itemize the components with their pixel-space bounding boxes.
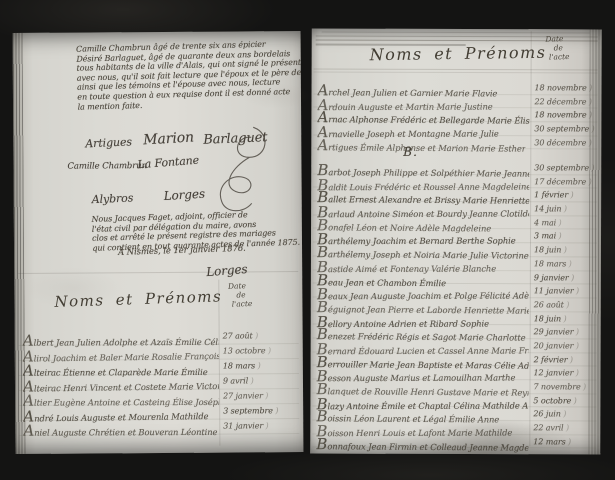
header-rule: [314, 72, 598, 74]
marriage-date: 14 juin: [534, 204, 567, 213]
marriage-date: 9 avril: [223, 376, 254, 385]
divider-line: [18, 271, 298, 274]
index-rows-a: Archel Jean Julien et Garnier Marie Flav…: [317, 81, 595, 150]
marriage-date: 18 novembre: [535, 83, 593, 92]
spouses-names: Artigues Émile Alphonse et Marion Marie …: [317, 136, 525, 155]
marriage-date: 12 mars: [533, 437, 571, 446]
signature-chambrun: Camille Chambrun: [67, 161, 147, 172]
date-column-header: Date de l'acte: [228, 281, 253, 309]
register-row: Ardouin Auguste et Martin Marie Justine …: [317, 94, 595, 109]
register-row: Barlaud Antoine Siméon et Bourdy Jeanne …: [317, 202, 595, 217]
register-row: Baldit Louis Frédéric et Roussel Anne Ma…: [317, 174, 595, 189]
marriage-date: 17 décembre: [534, 177, 591, 186]
marriage-date: 4 mai: [534, 218, 562, 227]
marriage-date: 27 août: [223, 331, 259, 340]
signature-artigues: Artigues: [85, 135, 132, 150]
marriage-date: 2 février: [534, 355, 573, 364]
register-row: Bonafel Léon et Noire Adèle Magdeleine 4…: [317, 215, 595, 230]
signature-lafontane: La Fontane: [137, 154, 199, 172]
register-row: Béguignot Jean Pierre et Laborde Henriet…: [317, 297, 595, 312]
marriage-date: 26 août: [534, 300, 569, 309]
register-row: Ballet Ernest Alexandre et Brissy Marie …: [317, 188, 595, 203]
register-row: Bonnafoux Jean Firmin et Colleaud Jeanne…: [316, 434, 594, 449]
marriage-date: 18 juin: [534, 245, 567, 254]
date-header-line: l'acte: [549, 52, 570, 62]
signature-alybros: Alybros: [91, 191, 133, 206]
marriage-date: 31 janvier: [223, 421, 268, 430]
marriage-date: 30 septembre: [534, 163, 594, 172]
marriage-date: 30 septembre: [534, 124, 594, 133]
marriage-date: 11 janvier: [534, 286, 579, 295]
register-row: Blanquet de Rouville Henri Gustave Marie…: [316, 380, 594, 395]
register-row: Bernard Édouard Lucien et Cassel Anne Ma…: [317, 338, 595, 353]
signature-marion: Marion: [143, 129, 195, 148]
register-row: Benezet Frédéric Régis et Sagot Marie Ch…: [317, 325, 595, 340]
register-row: Aniel Auguste Chrétien et Bouveran Léont…: [23, 419, 297, 436]
marriage-date: 26 juin: [533, 410, 566, 419]
index-title: Noms et Prénoms: [370, 43, 547, 64]
date-column-header: Date de l'acte: [545, 34, 569, 62]
index-rows-a-left: Albert Jean Julien Adolphe et Azaïs Émil…: [23, 329, 298, 436]
register-row: Boisson Henri Louis et Lafont Marie Math…: [316, 421, 594, 436]
ruled-line: [322, 32, 590, 34]
marriage-date: 20 janvier: [534, 341, 579, 350]
signature-flourish: [191, 123, 276, 220]
section-label-b: B.: [403, 145, 418, 159]
marriage-date: 5 octobre: [533, 396, 576, 405]
marriage-date: 27 janvier: [223, 391, 268, 400]
index-title: Noms et Prénoms: [54, 287, 222, 311]
marriage-date: 7 novembre: [533, 382, 586, 391]
register-row: Barthélemy Joseph et Noiria Marie Julie …: [317, 243, 595, 258]
register-row: Artigues Émile Alphonse et Marion Marie …: [317, 135, 595, 150]
register-row: Bastide Aimé et Fontenay Valérie Blanche…: [317, 256, 595, 271]
register-row: Bellory Antoine Adrien et Ribard Sophie …: [317, 311, 595, 326]
marriage-date: 29 janvier: [534, 328, 579, 337]
marriage-date: 13 octobre: [223, 346, 271, 355]
spouses-names: Aniel Auguste Chrétien et Bouveran Léont…: [23, 421, 219, 440]
marriage-date: 3 septembre: [223, 406, 278, 415]
marriage-date: 12 janvier: [534, 369, 579, 378]
register-row: Blazy Antoine Émile et Chaptal Célina Ma…: [316, 393, 594, 408]
right-page: Noms et Prénoms Date de l'acte Archel Je…: [310, 28, 601, 454]
marriage-date: 18 novembre: [534, 111, 592, 120]
register-row: Besson Auguste Marius et Lamouilhan Mart…: [317, 366, 595, 381]
index-rows-b: Barbot Joseph Philippe et Solpéthier Mar…: [316, 161, 595, 449]
marriage-date: 30 décembre: [534, 138, 591, 147]
register-row: Berrouiller Marie Jean Baptiste et Maras…: [317, 352, 595, 367]
register-row: Arnac Alphonse Frédéric et Bellegarde Ma…: [317, 108, 595, 123]
marriage-date: 22 avril: [533, 423, 569, 432]
marriage-date: 18 mars: [534, 259, 572, 268]
register-row: Beau Jean et Chambon Émilie 9 janvier: [317, 270, 595, 285]
left-page: Camille Chambrun âgé de trente six ans é…: [13, 31, 304, 454]
spouses-names: Bonnafoux Jean Firmin et Colleaud Jeanne…: [316, 435, 528, 454]
marriage-date: 22 décembre: [534, 97, 591, 106]
marriage-date: 18 juin: [534, 314, 567, 323]
marriage-date: 1 février: [534, 191, 573, 200]
register-row: Barthélemy Joachim et Bernard Berthe Sop…: [317, 229, 595, 244]
register-row: Barbot Joseph Philippe et Solpéthier Mar…: [317, 161, 595, 176]
register-scan: Camille Chambrun âgé de trente six ans é…: [0, 0, 615, 480]
register-row: Beaux Jean Auguste Joachim et Polge Féli…: [317, 284, 595, 299]
register-row: Arnavielle Joseph et Montagne Marie Juli…: [317, 122, 595, 137]
header-rule: [314, 69, 598, 71]
date-header-line: l'acte: [232, 299, 253, 309]
marriage-date: 18 mars: [223, 361, 261, 370]
closing-statement: Camille Chambrun âgé de trente six ans é…: [76, 39, 300, 112]
marriage-date: 9 janvier: [534, 273, 574, 282]
register-row: Boissin Léon Laurent et Légal Émilie Ann…: [316, 407, 594, 422]
register-row: Archel Jean Julien et Garnier Marie Flav…: [318, 81, 596, 96]
marriage-date: 3 mai: [534, 232, 562, 241]
